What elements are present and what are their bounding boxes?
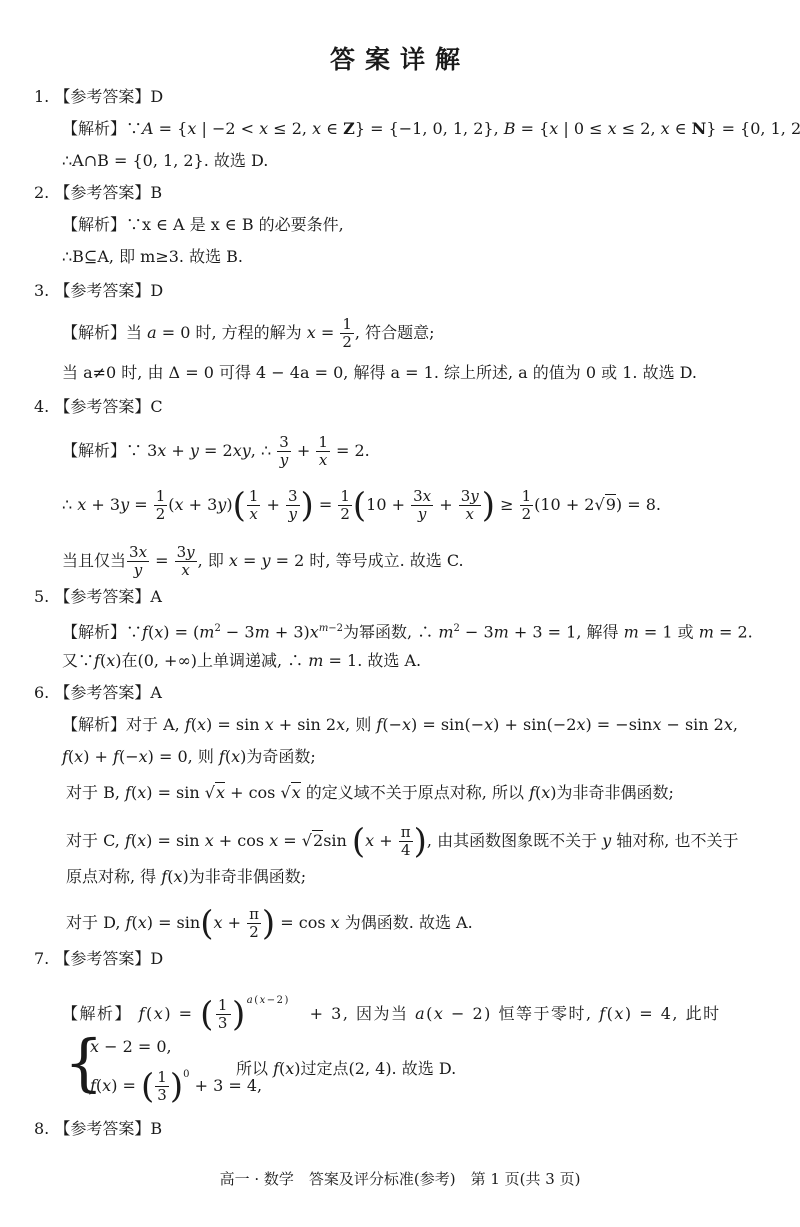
question-1-conclusion: ∴A∩B = {0, 1, 2}. 故选 D. — [62, 150, 268, 172]
question-7-answer: 7. 【参考答案】D — [34, 948, 163, 970]
question-3-answer: 3. 【参考答案】D — [34, 280, 163, 302]
page-footer: 高一 · 数学 答案及评分标准(参考) 第 1 页(共 3 页) — [0, 1168, 800, 1189]
question-6-option-a: 【解析】对于 A, f(x) = sin x + sin 2x, 则 f(−x)… — [62, 714, 738, 736]
question-3-analysis: 【解析】当 a = 0 时, 方程的解为 x = 12, 符合题意; — [62, 316, 435, 351]
question-6-option-b: 对于 B, f(x) = sin √x + cos √x 的定义域不关于原点对称… — [66, 782, 674, 804]
question-4-derivation: ∴ x + 3y = 12(x + 3y)(1x + 3y) = 12(10 +… — [62, 488, 661, 523]
question-7-analysis: 【解析】 f(x) = (13)a(x−2) + 3, 因为当 a(x − 2)… — [62, 990, 721, 1032]
question-2-analysis: 【解析】∵x ∈ A 是 x ∈ B 的必要条件, — [62, 214, 344, 236]
page-title: 答案详解 — [0, 40, 800, 76]
question-7-conclusion: 所以 f(x)过定点(2, 4). 故选 D. — [236, 1058, 456, 1080]
question-6-answer: 6. 【参考答案】A — [34, 682, 162, 704]
question-7-system-eq1: x − 2 = 0, — [90, 1036, 172, 1058]
question-4-answer: 4. 【参考答案】C — [34, 396, 163, 418]
question-2-conclusion: ∴B⊆A, 即 m≥3. 故选 B. — [62, 246, 243, 268]
question-6-option-c: 对于 C, f(x) = sin x + cos x = √2sin (x + … — [66, 824, 738, 859]
question-5-conclusion: 又∵f(x)在(0, +∞)上单调递减, ∴ m = 1. 故选 A. — [62, 650, 421, 672]
question-6-option-d: 对于 D, f(x) = sin(x + π2) = cos x 为偶函数. 故… — [66, 906, 473, 941]
question-8-answer: 8. 【参考答案】B — [34, 1118, 162, 1140]
question-6-option-a-cont: f(x) + f(−x) = 0, 则 f(x)为奇函数; — [62, 746, 316, 768]
question-4-conclusion: 当且仅当3xy = 3yx, 即 x = y = 2 时, 等号成立. 故选 C… — [62, 544, 464, 579]
question-3-conclusion: 当 a≠0 时, 由 Δ = 0 可得 4 − 4a = 0, 解得 a = 1… — [62, 362, 697, 384]
question-1-analysis: 【解析】∵A = {x | −2 < x ≤ 2, x ∈ Z} = {−1, … — [62, 118, 800, 140]
question-6-option-c-cont: 原点对称, 得 f(x)为非奇非偶函数; — [66, 866, 306, 888]
question-4-analysis: 【解析】∵ 3x + y = 2xy, ∴ 3y + 1x = 2. — [62, 434, 370, 469]
question-1-answer: 1. 【参考答案】D — [34, 86, 163, 108]
question-5-analysis: 【解析】∵f(x) = (m2 − 3m + 3)xm−2为幂函数, ∴ m2 … — [62, 618, 753, 643]
question-5-answer: 5. 【参考答案】A — [34, 586, 162, 608]
question-2-answer: 2. 【参考答案】B — [34, 182, 162, 204]
